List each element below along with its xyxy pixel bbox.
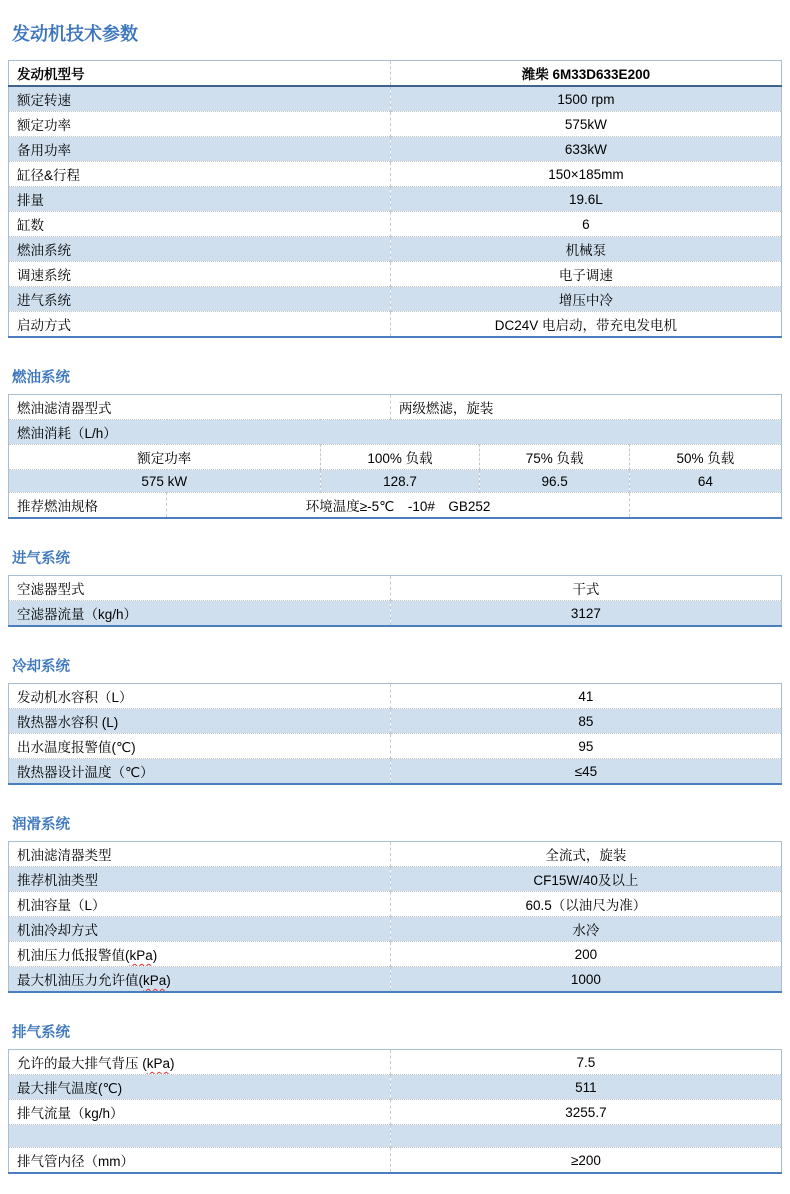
spec-table-fuel: 燃油滤清器型式 两级燃滤，旋装 燃油消耗（L/h） 额定功率 100% 负载 7… [8, 394, 782, 519]
row-value: DC24V 电启动，带充电发电机 [390, 312, 781, 338]
spec-table-main: 发动机型号 潍柴 6M33D633E200 额定转速 1500 rpm 额定功率… [8, 60, 782, 338]
row-value: 1500 rpm [390, 86, 781, 112]
table-row: 允许的最大排气背压 (kPa) 7.5 [9, 1050, 782, 1075]
row-label: 燃油系统 [9, 237, 391, 262]
row-label: 启动方式 [9, 312, 391, 338]
table-row: 空滤器流量（kg/h） 3127 [9, 601, 782, 627]
table-row: 燃油滤清器型式 两级燃滤，旋装 [9, 395, 782, 420]
table-row: 备用功率 633kW [9, 137, 782, 162]
table-row: 排气管内径（mm） ≥200 [9, 1148, 782, 1174]
cell-value: 128.7 [320, 470, 480, 493]
row-label: 机油压力低报警值(kPa) [9, 942, 391, 967]
row-label: 调速系统 [9, 262, 391, 287]
table-row: 燃油消耗（L/h） [9, 420, 782, 445]
row-value: 575kW [390, 112, 781, 137]
row-value: 1000 [390, 967, 781, 993]
cell-value: 575 kW [9, 470, 321, 493]
table-row: 散热器设计温度（℃） ≤45 [9, 759, 782, 785]
row-label: 推荐机油类型 [9, 867, 391, 892]
column-header: 50% 负载 [629, 445, 781, 470]
row-label: 缸径&行程 [9, 162, 391, 187]
row-label: 允许的最大排气背压 (kPa) [9, 1050, 391, 1075]
cell-value: 64 [629, 470, 781, 493]
row-value: 全流式，旋装 [390, 842, 781, 867]
table-row: 机油滤清器类型 全流式，旋装 [9, 842, 782, 867]
row-label: 机油滤清器类型 [9, 842, 391, 867]
row-value: 环境温度≥-5℃ -10# GB252 [167, 493, 629, 519]
table-row: 575 kW 128.7 96.5 64 [9, 470, 782, 493]
empty-cell [629, 493, 781, 519]
row-value: 150×185mm [390, 162, 781, 187]
row-value: 41 [390, 684, 781, 709]
row-value: 95 [390, 734, 781, 759]
row-label: 散热器水容积 (L) [9, 709, 391, 734]
row-label: 缸数 [9, 212, 391, 237]
row-value: 200 [390, 942, 781, 967]
row-value: 60.5（以油尺为准） [390, 892, 781, 917]
row-label: 出水温度报警值(℃) [9, 734, 391, 759]
row-label: 排气管内径（mm） [9, 1148, 391, 1174]
spellcheck-underline: kPa [130, 948, 153, 963]
table-row: 额定转速 1500 rpm [9, 86, 782, 112]
row-label: 机油冷却方式 [9, 917, 391, 942]
row-value: 19.6L [390, 187, 781, 212]
empty-row-value [390, 1125, 781, 1148]
column-header: 75% 负载 [480, 445, 629, 470]
table-row: 排量 19.6L [9, 187, 782, 212]
table-row: 燃油系统 机械泵 [9, 237, 782, 262]
row-label: 额定功率 [9, 112, 391, 137]
row-label: 额定转速 [9, 86, 391, 112]
row-label: 排气流量（kg/h） [9, 1100, 391, 1125]
row-value: 7.5 [390, 1050, 781, 1075]
empty-row-label [9, 1125, 391, 1148]
table-row: 发动机水容积（L） 41 [9, 684, 782, 709]
row-label: 空滤器型式 [9, 576, 391, 601]
row-value: CF15W/40及以上 [390, 867, 781, 892]
spec-table-exhaust: 允许的最大排气背压 (kPa) 7.5 最大排气温度(℃) 511 排气流量（k… [8, 1049, 782, 1174]
table-row: 推荐机油类型 CF15W/40及以上 [9, 867, 782, 892]
row-value: 增压中冷 [390, 287, 781, 312]
row-value: ≥200 [390, 1148, 781, 1174]
page-title: 发动机技术参数 [12, 20, 782, 46]
row-label: 空滤器流量（kg/h） [9, 601, 391, 627]
spellcheck-underline: kPa [143, 973, 166, 988]
spec-table-intake: 空滤器型式 干式 空滤器流量（kg/h） 3127 [8, 575, 782, 627]
row-label: 发动机型号 [9, 61, 391, 87]
row-label: 机油容量（L） [9, 892, 391, 917]
row-value: 511 [390, 1075, 781, 1100]
table-row: 空滤器型式 干式 [9, 576, 782, 601]
row-value: 6 [390, 212, 781, 237]
row-value: 潍柴 6M33D633E200 [390, 61, 781, 87]
row-label: 发动机水容积（L） [9, 684, 391, 709]
section-heading-lube: 润滑系统 [12, 813, 782, 834]
table-row: 额定功率 100% 负载 75% 负载 50% 负载 [9, 445, 782, 470]
table-row: 机油容量（L） 60.5（以油尺为准） [9, 892, 782, 917]
row-value: 85 [390, 709, 781, 734]
spec-table-lube: 机油滤清器类型 全流式，旋装 推荐机油类型 CF15W/40及以上 机油容量（L… [8, 841, 782, 993]
spec-table-cooling: 发动机水容积（L） 41 散热器水容积 (L) 85 出水温度报警值(℃) 95… [8, 683, 782, 785]
row-label: 燃油消耗（L/h） [9, 420, 782, 445]
section-heading-intake: 进气系统 [12, 547, 782, 568]
row-label: 最大排气温度(℃) [9, 1075, 391, 1100]
table-row: 缸数 6 [9, 212, 782, 237]
row-label: 推荐燃油规格 [9, 493, 167, 519]
table-row: 启动方式 DC24V 电启动，带充电发电机 [9, 312, 782, 338]
table-row: 发动机型号 潍柴 6M33D633E200 [9, 61, 782, 87]
cell-value: 96.5 [480, 470, 629, 493]
row-label: 最大机油压力允许值(kPa) [9, 967, 391, 993]
row-label: 备用功率 [9, 137, 391, 162]
table-row: 额定功率 575kW [9, 112, 782, 137]
column-header: 额定功率 [9, 445, 321, 470]
row-value: 两级燃滤，旋装 [390, 395, 781, 420]
table-row: 缸径&行程 150×185mm [9, 162, 782, 187]
row-label: 进气系统 [9, 287, 391, 312]
row-value: 电子调速 [390, 262, 781, 287]
spec-sheet: 发动机技术参数 发动机型号 潍柴 6M33D633E200 额定转速 1500 … [0, 0, 790, 1194]
table-row: 出水温度报警值(℃) 95 [9, 734, 782, 759]
table-row: 排气流量（kg/h） 3255.7 [9, 1100, 782, 1125]
table-row: 散热器水容积 (L) 85 [9, 709, 782, 734]
row-value: 干式 [390, 576, 781, 601]
table-row: 调速系统 电子调速 [9, 262, 782, 287]
row-label: 排量 [9, 187, 391, 212]
row-value: 机械泵 [390, 237, 781, 262]
table-row: 机油冷却方式 水冷 [9, 917, 782, 942]
section-heading-cooling: 冷却系统 [12, 655, 782, 676]
row-label: 燃油滤清器型式 [9, 395, 391, 420]
table-row [9, 1125, 782, 1148]
section-heading-fuel: 燃油系统 [12, 366, 782, 387]
row-value: 633kW [390, 137, 781, 162]
table-row: 推荐燃油规格 环境温度≥-5℃ -10# GB252 [9, 493, 782, 519]
table-row: 最大机油压力允许值(kPa) 1000 [9, 967, 782, 993]
table-row: 最大排气温度(℃) 511 [9, 1075, 782, 1100]
table-row: 机油压力低报警值(kPa) 200 [9, 942, 782, 967]
spellcheck-underline: kPa [147, 1056, 170, 1071]
row-value: 水冷 [390, 917, 781, 942]
row-value: 3255.7 [390, 1100, 781, 1125]
row-label: 散热器设计温度（℃） [9, 759, 391, 785]
section-heading-exhaust: 排气系统 [12, 1021, 782, 1042]
row-value: 3127 [390, 601, 781, 627]
row-value: ≤45 [390, 759, 781, 785]
table-row: 进气系统 增压中冷 [9, 287, 782, 312]
column-header: 100% 负载 [320, 445, 480, 470]
